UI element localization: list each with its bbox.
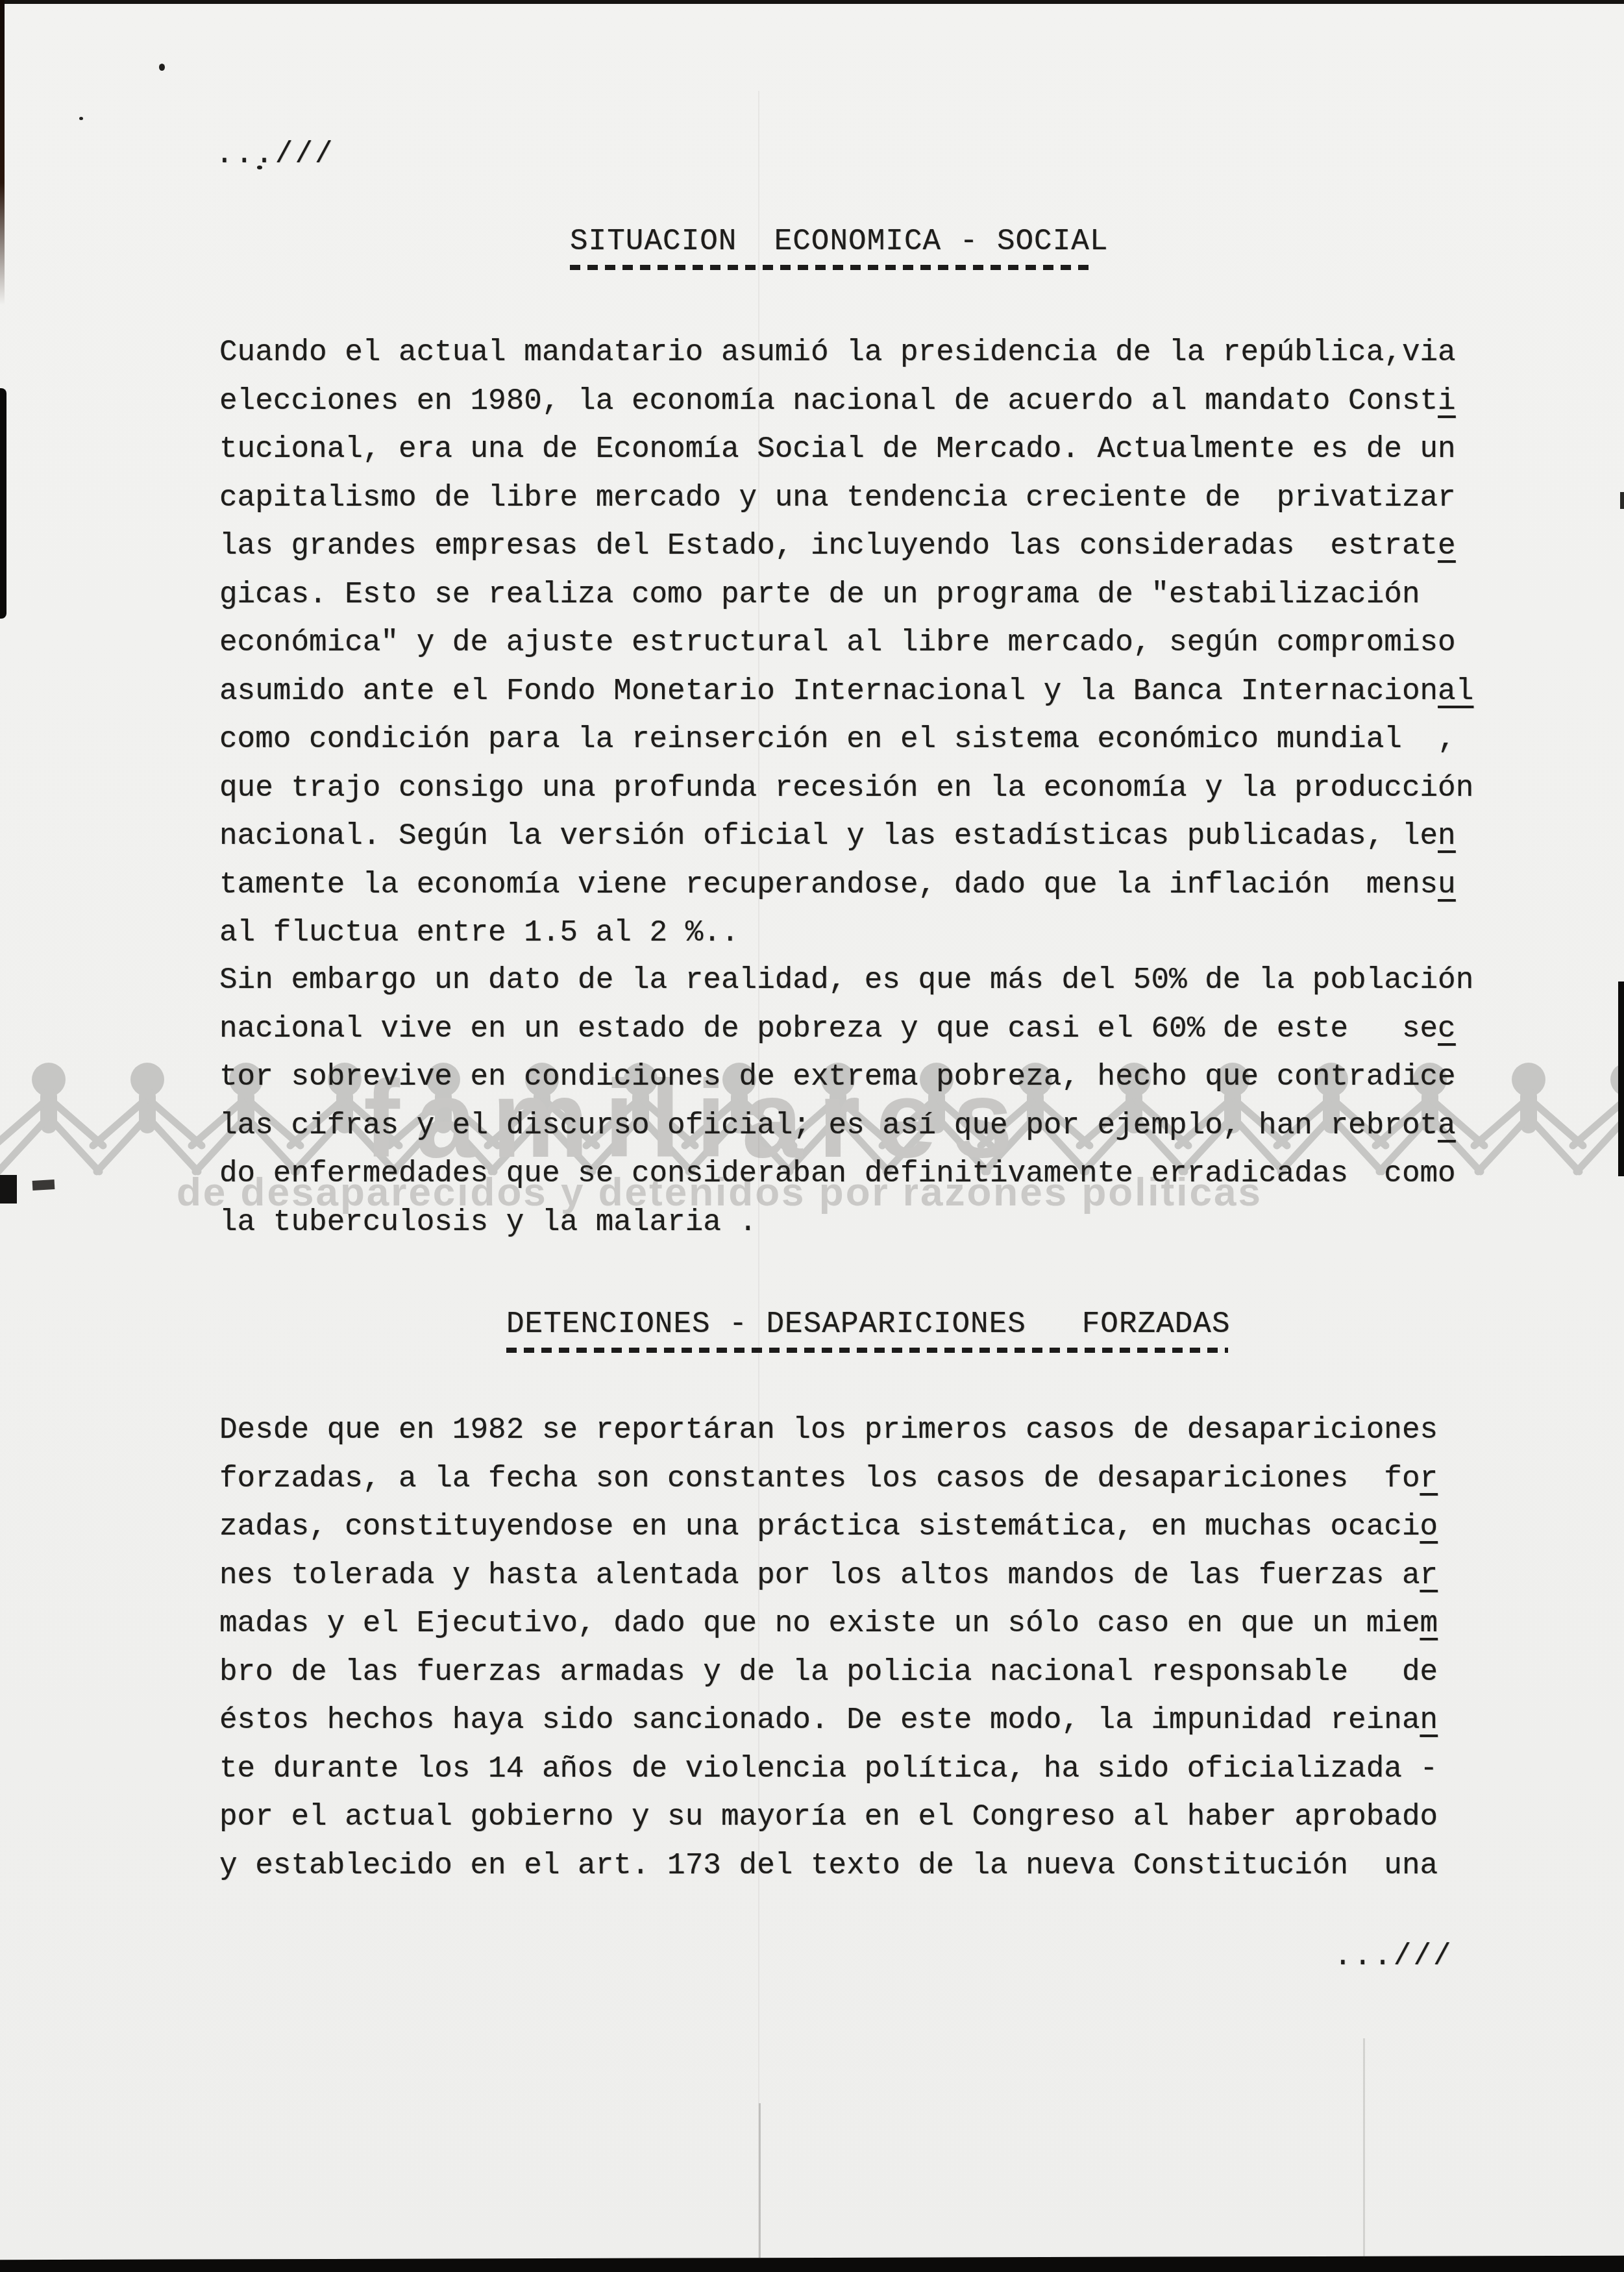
paper-fold-line (759, 2103, 761, 2259)
text-line: la tuberculosis y la malaria . (219, 1198, 1473, 1247)
text-line: nacional vive en un estado de pobreza y … (219, 1005, 1473, 1054)
section-heading-detentions-disappearances: DETENCIONES - DESAPARICIONES FORZADAS (506, 1305, 1231, 1353)
text-line: económica" y de ajuste estructural al li… (219, 619, 1473, 667)
section-heading-economic-social: SITUACION ECONOMICA - SOCIAL (570, 222, 1109, 270)
scan-edge-left-top (0, 0, 5, 305)
text-line: Desde que en 1982 se reportáran los prim… (219, 1406, 1438, 1455)
scan-edge-top (0, 0, 1624, 4)
text-line: nacional. Según la versión oficial y las… (219, 812, 1473, 861)
text-line: las grandes empresas del Estado, incluye… (219, 522, 1473, 571)
page-continuation-mark-bottom: .../// (1334, 1940, 1453, 1973)
text-line: madas y el Ejecutivo, dado que no existe… (219, 1599, 1438, 1648)
scan-speck (159, 64, 165, 71)
text-line: do enfermedades que se consideraban defi… (219, 1150, 1473, 1198)
text-line: tamente la economía viene recuperandose,… (219, 861, 1473, 909)
text-line: por el actual gobierno y su mayoría en e… (219, 1793, 1438, 1842)
text-line: y establecido en el art. 173 del texto d… (219, 1842, 1438, 1890)
document-page: familiares de desaparecidos y detenidos … (0, 0, 1624, 2272)
text-line: te durante los 14 años de violencia polí… (219, 1745, 1438, 1794)
text-line: forzadas, a la fecha son constantes los … (219, 1455, 1438, 1503)
scan-edge-bottom (0, 2256, 1624, 2272)
heading-text: SITUACION ECONOMICA - SOCIAL (570, 222, 1109, 261)
text-line: éstos hechos haya sido sancionado. De es… (219, 1696, 1438, 1745)
text-line: al fluctua entre 1.5 al 2 %.. (219, 909, 1473, 957)
paragraph-forced-disappearances: Desde que en 1982 se reportáran los prim… (219, 1406, 1438, 1890)
scan-speck (911, 683, 914, 686)
text-line: las cifras y el discurso oficial; es así… (219, 1102, 1473, 1150)
text-line: que trajo consigo una profunda recesión … (219, 764, 1473, 813)
text-line: gicas. Esto se realiza como parte de un … (219, 571, 1473, 619)
scan-edge-right (1618, 982, 1624, 1176)
text-line: nes tolerada y hasta alentada por los al… (219, 1551, 1438, 1600)
heading-dashed-underline (570, 265, 1096, 270)
text-line: elecciones en 1980, la economía nacional… (219, 377, 1473, 426)
page-continuation-mark-top: .../// (215, 138, 335, 171)
scan-ink-dash-left (32, 1179, 55, 1191)
text-line: tor sobrevive en condiciones de extrema … (219, 1053, 1473, 1102)
scan-speck (257, 166, 262, 169)
text-line: bro de las fuerzas armadas y de la polic… (219, 1648, 1438, 1697)
scan-speck (79, 117, 83, 120)
text-line: zadas, constituyendose en una práctica s… (219, 1503, 1438, 1551)
scan-mark-right (1620, 492, 1624, 509)
scan-edge-left-middle (0, 388, 6, 619)
paragraph-poverty-data: Sin embargo un dato de la realidad, es q… (219, 956, 1473, 1246)
paragraph-economy-intro: Cuando el actual mandatario asumió la pr… (219, 328, 1473, 957)
heading-text: DETENCIONES - DESAPARICIONES FORZADAS (506, 1305, 1231, 1344)
text-line: asumido ante el Fondo Monetario Internac… (219, 667, 1473, 716)
text-line: tucional, era una de Economía Social de … (219, 425, 1473, 474)
heading-dashed-underline (506, 1348, 1228, 1353)
text-line: capitalismo de libre mercado y una tende… (219, 474, 1473, 523)
text-line: Cuando el actual mandatario asumió la pr… (219, 328, 1473, 377)
text-line: como condición para la reinserción en el… (219, 715, 1473, 764)
text-line: Sin embargo un dato de la realidad, es q… (219, 956, 1473, 1005)
paper-fold-line (1363, 2038, 1365, 2259)
paper-fold-line (758, 91, 759, 2259)
scan-ink-blob-left (0, 1175, 17, 1204)
